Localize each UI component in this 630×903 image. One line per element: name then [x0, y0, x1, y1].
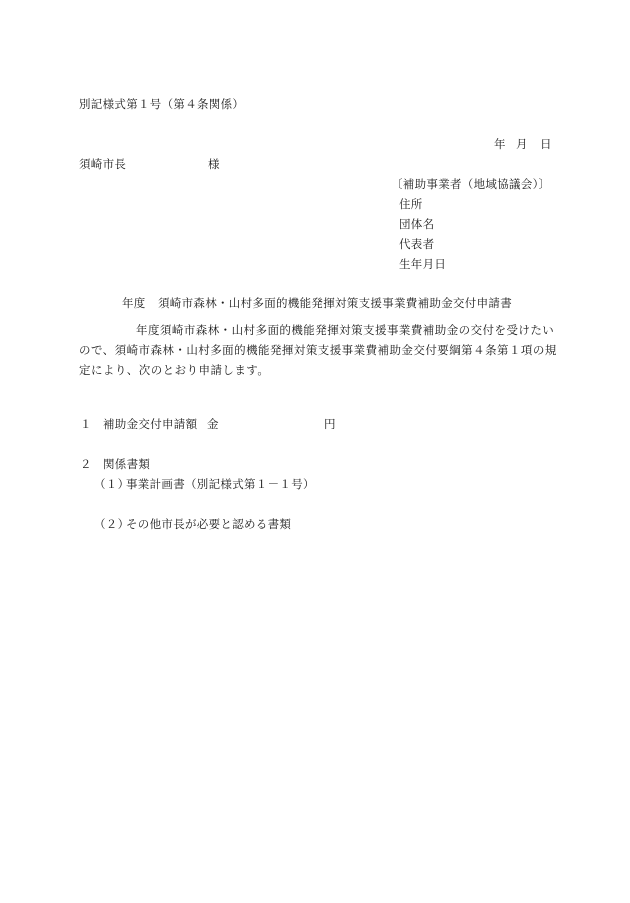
body-paragraph: 年度須崎市森林・山村多面的機能発揮対策支援事業費補助金の交付を受けたい ので、須…	[79, 320, 551, 380]
title-text: 須崎市森林・山村多面的機能発揮対策支援事業費補助金交付申請書	[158, 296, 512, 310]
subitem-1-number: （１）	[94, 477, 129, 491]
item-1-unit: 円	[324, 417, 336, 431]
addressee-honorific: 様	[208, 157, 220, 171]
subitem-2-number: （２）	[94, 517, 129, 531]
item-2-number: ２	[80, 457, 92, 471]
item-1-prefix: 金	[207, 417, 219, 431]
body-line-3: 定により、次のとおり申請します。	[79, 360, 551, 380]
applicant-representative-label: 代表者	[399, 237, 434, 251]
applicant-group-name-label: 団体名	[399, 217, 434, 231]
body-line-1: 年度須崎市森林・山村多面的機能発揮対策支援事業費補助金の交付を受けたい	[79, 320, 551, 340]
subitem-1-text: 事業計画書（別記様式第１－１号）	[126, 477, 315, 491]
subitem-2-text: その他市長が必要と認める書類	[126, 517, 291, 531]
title-year-prefix: 年度	[122, 296, 146, 310]
date-day-label: 日	[540, 137, 552, 151]
date-year-label: 年	[494, 137, 506, 151]
item-1-number: １	[80, 417, 92, 431]
item-2-label: 関係書類	[103, 457, 150, 471]
applicant-heading: 〔補助事業者（地域協議会）〕	[391, 177, 550, 191]
form-label: 別記様式第１号（第４条関係）	[79, 97, 244, 111]
body-line-2: ので、須崎市森林・山村多面的機能発揮対策支援事業費補助金交付要綱第４条第１項の規	[79, 340, 551, 360]
addressee-name: 須崎市長	[79, 157, 126, 171]
applicant-birthdate-label: 生年月日	[399, 257, 446, 271]
date-month-label: 月	[516, 137, 528, 151]
item-1-label: 補助金交付申請額	[103, 417, 197, 431]
applicant-address-label: 住所	[399, 197, 423, 211]
